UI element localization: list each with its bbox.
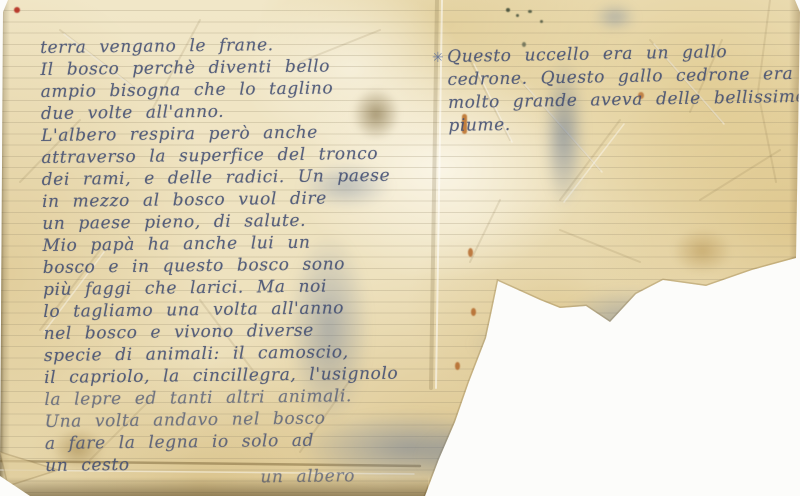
rust-speck — [471, 308, 476, 316]
red-speck — [14, 7, 20, 13]
right-edge-shadow — [789, 0, 800, 262]
dark-speck — [528, 10, 532, 13]
ink-smudge — [558, 288, 700, 358]
paper-sheet: ✳ terra vengano le frane.Il bosco perchè… — [0, 0, 800, 496]
ink-smudge — [468, 318, 650, 370]
right-text-column: Questo uccello era un gallocedrone. Ques… — [447, 40, 800, 138]
ink-smudge — [594, 4, 636, 30]
handwriting-line: piume. — [448, 109, 800, 138]
ink-smudge — [418, 428, 510, 486]
tan-blot — [672, 228, 732, 274]
dark-speck — [540, 20, 543, 23]
dark-speck — [506, 8, 510, 12]
left-text-column: terra vengano le frane.Il bosco perchè d… — [40, 33, 400, 491]
rust-speck — [455, 362, 460, 370]
handwriting-line: bosco e in questo bosco sono — [43, 253, 397, 279]
handwriting-line: dei rami, e delle radici. Un paese — [42, 165, 396, 191]
dark-speck — [516, 14, 519, 17]
bottom-edge-shadow — [0, 477, 428, 496]
rust-speck — [468, 248, 473, 257]
handwriting-line: a fare la legna io solo ad — [45, 429, 399, 455]
scanned-letter: ✳ terra vengano le frane.Il bosco perchè… — [0, 0, 800, 496]
asterisk-mark: ✳ — [432, 50, 444, 66]
